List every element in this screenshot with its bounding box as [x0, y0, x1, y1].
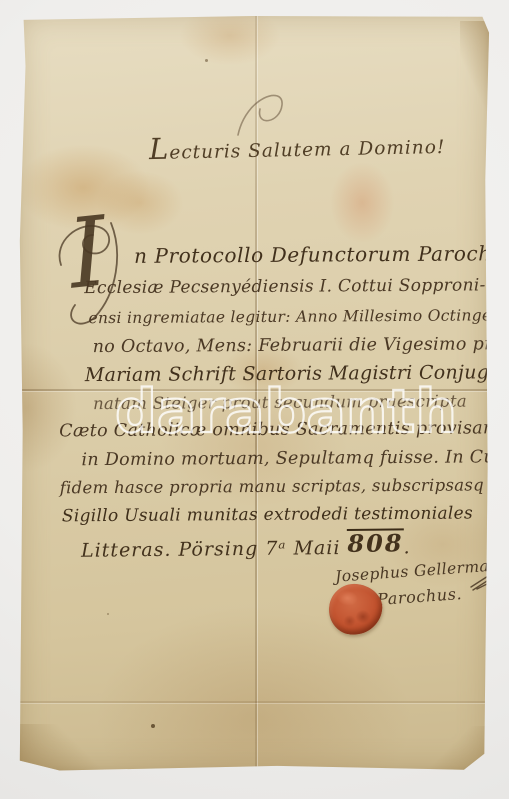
handwritten-line: Sigillo Usuali munitas extrodedi testimo…	[62, 503, 473, 526]
dateline-year: 808	[347, 528, 403, 556]
body-text: n Protocollo Defunctorum ParochialisEccl…	[14, 11, 492, 773]
handwritten-line: n Protocollo Defunctorum Parochialis	[134, 241, 509, 268]
dateline-text: Litteras. Pörsing 7ᵃ Maii	[81, 537, 341, 562]
dateline-period: .	[403, 536, 410, 558]
handwritten-line: Ecclesiæ Pecsenyédiensis I. Cottui Soppr…	[84, 275, 485, 298]
dateline: Litteras. Pörsing 7ᵃ Maii808.	[81, 530, 411, 561]
signature-flourish-icon	[469, 565, 503, 591]
document-paper: Lecturis Salutem a Domino! I n Protocoll…	[17, 13, 490, 772]
handwritten-line: Cæto Catholicæ omnibus Sacramentis provi…	[59, 418, 500, 441]
handwritten-line: Mariam Schrift Sartoris Magistri Conjuge…	[85, 361, 509, 386]
handwritten-line: natam Steiger prout secundum praescripta	[93, 392, 467, 414]
handwritten-line: in Domino mortuam, Sepultamq fuisse. In …	[81, 447, 509, 470]
handwritten-line: no Octavo, Mens: Februarii die Vigesimo …	[93, 334, 509, 357]
handwritten-line: fidem hasce propria manu scriptas, subsc…	[60, 475, 505, 497]
photo-background: Lecturis Salutem a Domino! I n Protocoll…	[0, 0, 509, 799]
handwritten-line: ensi ingremiatae legitur: Anno Millesimo…	[88, 306, 509, 327]
